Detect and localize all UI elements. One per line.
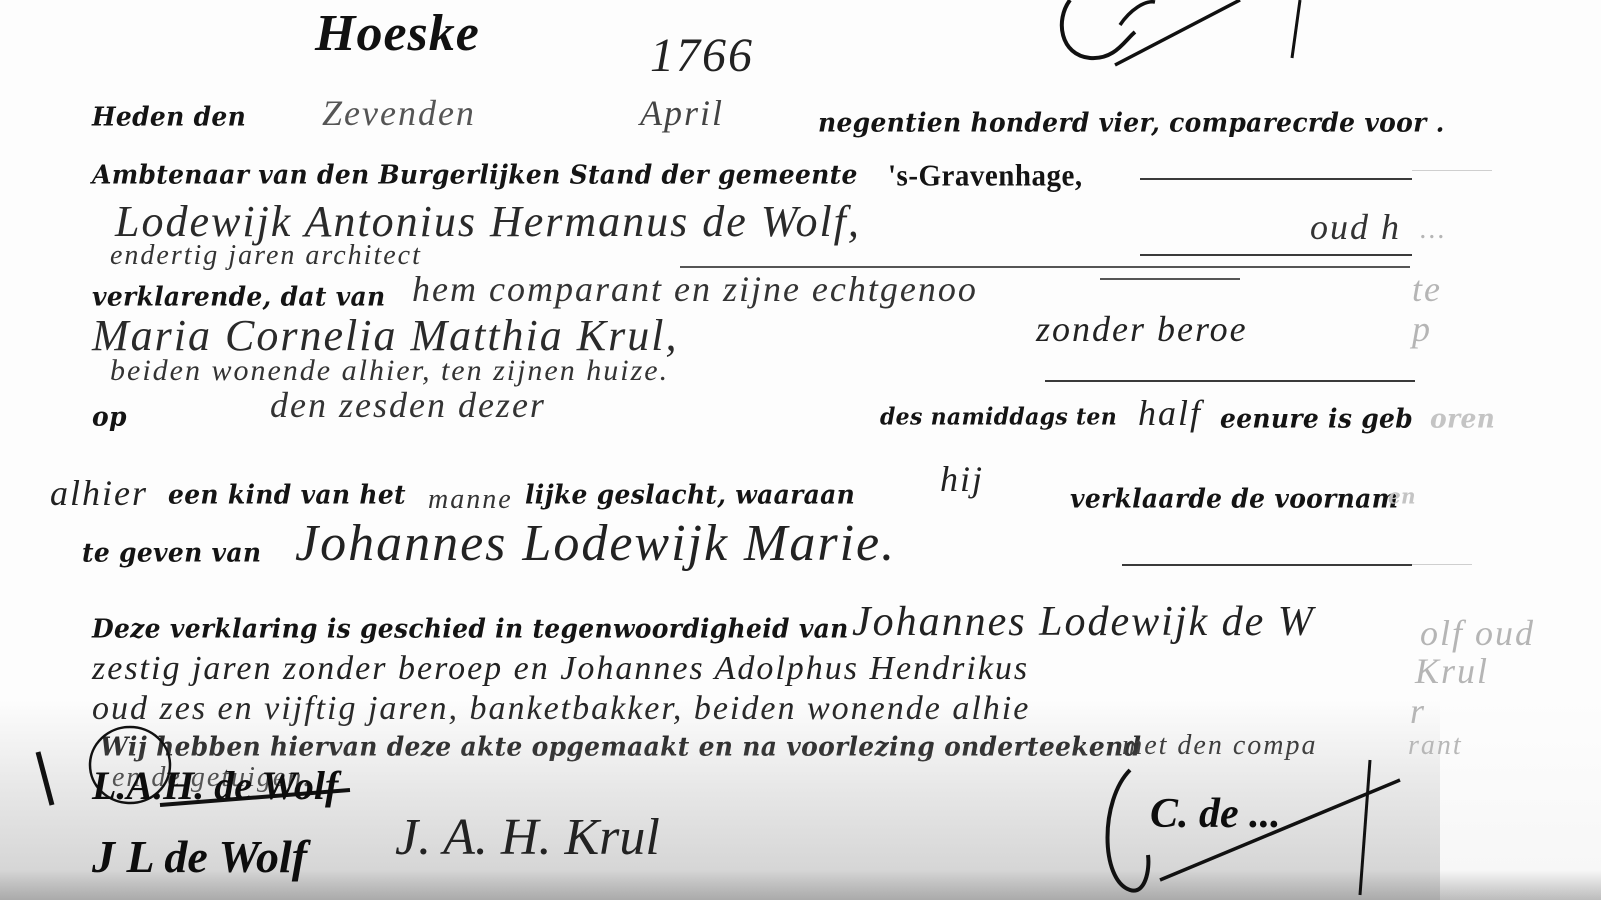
hand-mother-occupation: zonder beroe <box>1036 308 1248 350</box>
printed-deze-verklaring: Deze verklaring is geschied in tegenwoor… <box>92 613 849 643</box>
form-rule-faint <box>1412 170 1492 171</box>
hand-day: Zevenden <box>322 92 476 134</box>
form-rule <box>1045 380 1415 382</box>
archive-number: 1766 <box>650 28 754 83</box>
signature-official: C. de ... <box>1150 790 1281 838</box>
hand-comparant: hem comparant en zijne echtgenoo <box>412 268 978 310</box>
form-rule <box>1140 254 1412 256</box>
form-rule <box>1140 178 1412 180</box>
hand-met-den-comparant: met den compa <box>1122 730 1318 762</box>
hand-faint-rant: rant <box>1408 730 1463 762</box>
hand-birth-date: den zesden dezer <box>270 384 546 426</box>
printed-verklarende: verklarende, dat van <box>92 281 386 311</box>
paper-shading-right <box>1440 700 1601 900</box>
hand-pronoun: hij <box>940 458 984 500</box>
hand-age-start: oud h <box>1310 206 1401 248</box>
signature-witness1: J L de Wolf <box>92 830 307 883</box>
hand-faint-krul: Krul <box>1415 650 1489 692</box>
printed-ambtenaar: Ambtenaar van den Burgerlijken Stand der… <box>92 159 858 189</box>
printed-faint-oren: oren <box>1430 403 1495 433</box>
form-rule <box>1122 564 1412 566</box>
birth-certificate-scan: Hoeske 1766 Heden den Zevenden April neg… <box>0 0 1601 900</box>
hand-faint-r: r <box>1410 690 1426 732</box>
hand-witness1-name: Johannes Lodewijk de W <box>852 598 1315 646</box>
municipality-name: 's-Gravenhage, <box>888 159 1083 194</box>
printed-een-kind: een kind van het <box>168 479 406 509</box>
printed-namiddags: des namiddags ten <box>880 403 1117 430</box>
heading-handwritten: Hoeske <box>315 4 480 63</box>
hand-place: alhier <box>50 472 148 514</box>
hand-time-half: half <box>1138 392 1202 434</box>
printed-op: op <box>92 401 127 431</box>
hand-witness-line: zestig jaren zonder beroep en Johannes A… <box>92 650 1029 688</box>
printed-te-geven-van: te geven van <box>82 537 261 567</box>
printed-geslacht-waaraan: lijke geslacht, waaraan <box>525 479 855 509</box>
top-signature-flourish <box>1030 0 1310 70</box>
hand-faint-p: p <box>1412 308 1432 350</box>
margin-mark <box>30 750 60 810</box>
hand-age-faint: ... <box>1420 214 1447 246</box>
hand-month: April <box>640 92 724 134</box>
printed-faint-en: en <box>1388 483 1416 508</box>
hand-faint-olf-oud: olf oud <box>1420 612 1535 654</box>
signature-witness2: J. A. H. Krul <box>395 808 660 867</box>
hand-age-occupation: endertig jaren architect <box>110 240 422 272</box>
hand-sex: manne <box>428 484 513 516</box>
signature-declarant: L.A.H. de Wolf <box>92 762 338 809</box>
hand-residence: beiden wonende alhier, ten zijnen huize. <box>110 354 669 388</box>
printed-verklaarde: verklaarde de voornam <box>1070 483 1398 513</box>
form-rule <box>1100 278 1240 280</box>
printed-year-compareerde: negentien honderd vier, comparecrde voor… <box>818 107 1445 137</box>
form-rule-faint <box>1412 564 1472 565</box>
printed-eenure: eenure is geb <box>1220 403 1413 433</box>
hand-faint-te: te <box>1412 268 1442 310</box>
hand-child-name: Johannes Lodewijk Marie. <box>295 514 896 573</box>
printed-heden-den: Heden den <box>92 101 246 131</box>
